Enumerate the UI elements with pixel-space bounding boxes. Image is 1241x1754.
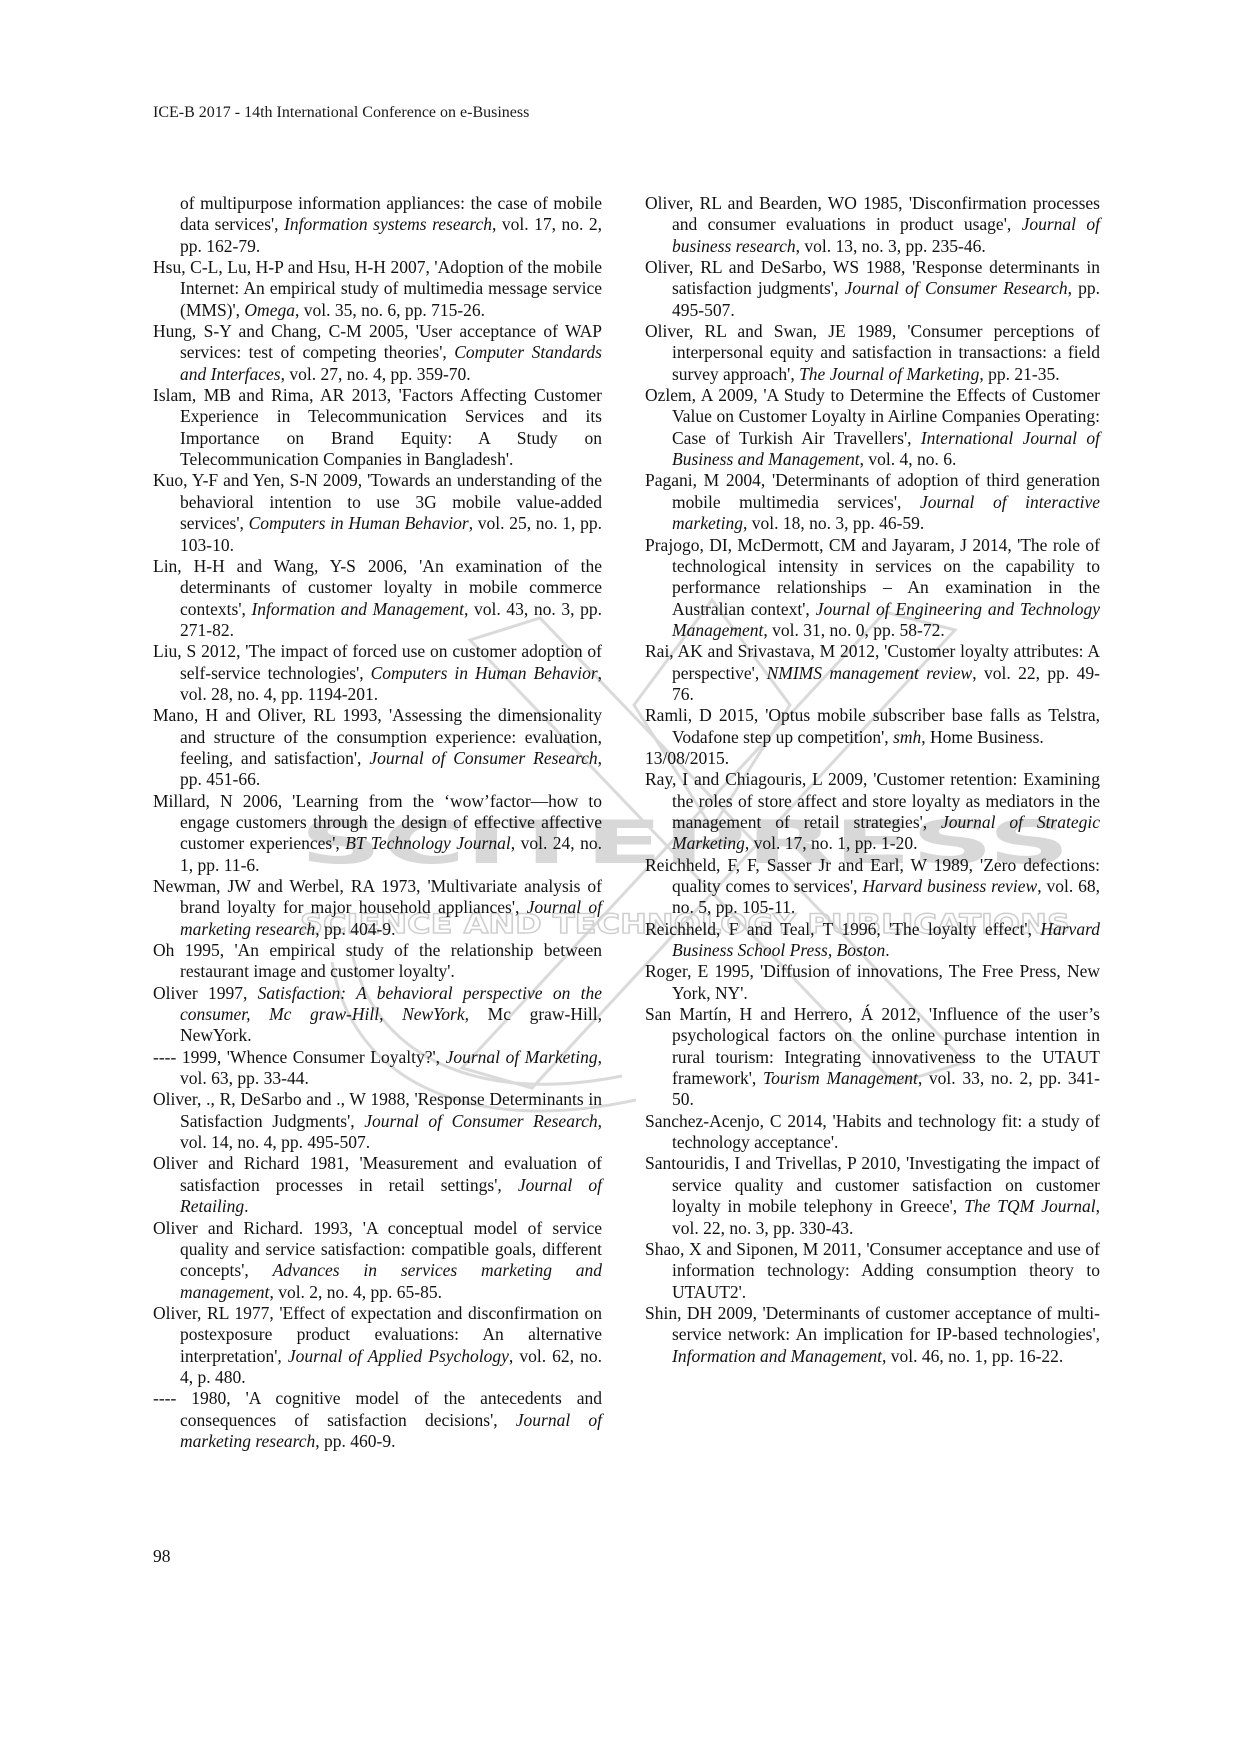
reference-entry: Kuo, Y-F and Yen, S-N 2009, 'Towards an … xyxy=(153,470,602,555)
reference-entry: Rai, AK and Srivastava, M 2012, 'Custome… xyxy=(645,641,1100,705)
reference-entry: Oliver and Richard 1981, 'Measurement an… xyxy=(153,1153,602,1217)
reference-text: Islam, MB and Rima, AR 2013, 'Factors Af… xyxy=(153,385,602,469)
reference-entry: Oliver 1997, Satisfaction: A behavioral … xyxy=(153,983,602,1047)
journal-title: Computers in Human Behavior xyxy=(249,513,469,533)
reference-entry: Ramli, D 2015, 'Optus mobile subscriber … xyxy=(645,705,1100,748)
references-column-right: Oliver, RL and Bearden, WO 1985, 'Discon… xyxy=(645,193,1100,1367)
reference-entry: ---- 1999, 'Whence Consumer Loyalty?', J… xyxy=(153,1047,602,1090)
reference-entry: Shin, DH 2009, 'Determinants of customer… xyxy=(645,1303,1100,1367)
reference-text: , pp. 460-9. xyxy=(315,1431,395,1451)
journal-title: Information and Management xyxy=(251,599,463,619)
reference-entry: Hung, S-Y and Chang, C-M 2005, 'User acc… xyxy=(153,321,602,385)
reference-text: , vol. 13, no. 3, pp. 235-46. xyxy=(796,236,986,256)
reference-text: Sanchez-Acenjo, C 2014, 'Habits and tech… xyxy=(645,1111,1100,1152)
reference-entry: Hsu, C-L, Lu, H-P and Hsu, H-H 2007, 'Ad… xyxy=(153,257,602,321)
journal-title: Omega xyxy=(244,300,295,320)
reference-text: , vol. 4, no. 6. xyxy=(860,449,957,469)
reference-entry: Ray, I and Chiagouris, L 2009, 'Customer… xyxy=(645,769,1100,854)
reference-text: ---- 1999, 'Whence Consumer Loyalty?', xyxy=(153,1047,446,1067)
reference-entry: Pagani, M 2004, 'Determinants of adoptio… xyxy=(645,470,1100,534)
reference-entry: Reichheld, F, F, Sasser Jr and Earl, W 1… xyxy=(645,855,1100,919)
reference-text: Reichheld, F and Teal, T 1996, 'The loya… xyxy=(645,919,1040,939)
journal-title: Journal of Marketing xyxy=(446,1047,598,1067)
reference-text: . xyxy=(885,940,889,960)
page-number: 98 xyxy=(153,1546,171,1567)
journal-title: The Journal of Marketing xyxy=(799,364,979,384)
journal-title: Information and Management xyxy=(672,1346,882,1366)
reference-entry: Prajogo, DI, McDermott, CM and Jayaram, … xyxy=(645,535,1100,642)
reference-text: , vol. 31, no. 0, pp. 58-72. xyxy=(763,620,944,640)
reference-entry: Oliver, RL and Bearden, WO 1985, 'Discon… xyxy=(645,193,1100,257)
reference-entry: Newman, JW and Werbel, RA 1973, 'Multiva… xyxy=(153,876,602,940)
journal-title: Journal of Consumer Research xyxy=(845,278,1068,298)
reference-text: Oh 1995, 'An empirical study of the rela… xyxy=(153,940,602,981)
references-column-left: of multipurpose information appliances: … xyxy=(153,193,602,1452)
reference-text: Roger, E 1995, 'Diffusion of innovations… xyxy=(645,961,1100,1002)
reference-entry: Liu, S 2012, 'The impact of forced use o… xyxy=(153,641,602,705)
journal-title: Computers in Human Behavior xyxy=(371,663,598,683)
reference-text: 13/08/2015. xyxy=(645,748,729,768)
reference-entry: Millard, N 2006, 'Learning from the ‘wow… xyxy=(153,791,602,876)
journal-title: BT Technology Journal xyxy=(345,833,511,853)
reference-entry: Sanchez-Acenjo, C 2014, 'Habits and tech… xyxy=(645,1111,1100,1154)
journal-title: Journal of Applied Psychology xyxy=(288,1346,509,1366)
reference-entry: Roger, E 1995, 'Diffusion of innovations… xyxy=(645,961,1100,1004)
reference-text: , vol. 46, no. 1, pp. 16-22. xyxy=(882,1346,1063,1366)
reference-entry: Oliver, RL 1977, 'Effect of expectation … xyxy=(153,1303,602,1388)
reference-entry: Oliver, ., R, DeSarbo and ., W 1988, 'Re… xyxy=(153,1089,602,1153)
reference-text: . xyxy=(244,1196,248,1216)
reference-text: , Home Business. xyxy=(921,727,1044,747)
journal-title: Harvard business review xyxy=(862,876,1037,896)
reference-entry: Santouridis, I and Trivellas, P 2010, 'I… xyxy=(645,1153,1100,1238)
reference-entry: Oliver and Richard. 1993, 'A conceptual … xyxy=(153,1218,602,1303)
reference-text: , vol. 27, no. 4, pp. 359-70. xyxy=(281,364,471,384)
reference-entry: Ozlem, A 2009, 'A Study to Determine the… xyxy=(645,385,1100,470)
journal-title: Journal of Consumer Research xyxy=(369,748,597,768)
reference-entry: Islam, MB and Rima, AR 2013, 'Factors Af… xyxy=(153,385,602,470)
reference-text: , pp. 404-9. xyxy=(315,919,395,939)
journal-title: Journal of Consumer Research xyxy=(364,1111,597,1131)
paper-page: SCITEPRESS SCIENCE AND TECHNOLOGY PUBLIC… xyxy=(0,0,1241,1754)
reference-text: Shin, DH 2009, 'Determinants of customer… xyxy=(645,1303,1100,1344)
reference-entry: Shao, X and Siponen, M 2011, 'Consumer a… xyxy=(645,1239,1100,1303)
reference-text: , vol. 35, no. 6, pp. 715-26. xyxy=(295,300,485,320)
reference-entry: of multipurpose information appliances: … xyxy=(153,193,602,257)
journal-title: Information systems research xyxy=(284,214,492,234)
reference-entry: Lin, H-H and Wang, Y-S 2006, 'An examina… xyxy=(153,556,602,641)
reference-entry: 13/08/2015. xyxy=(645,748,1100,769)
journal-title: smh xyxy=(893,727,921,747)
reference-text: Oliver 1997, xyxy=(153,983,258,1003)
running-header: ICE-B 2017 - 14th International Conferen… xyxy=(153,103,529,123)
reference-entry: Oliver, RL and DeSarbo, WS 1988, 'Respon… xyxy=(645,257,1100,321)
journal-title: The TQM Journal xyxy=(964,1196,1096,1216)
reference-text: , vol. 18, no. 3, pp. 46-59. xyxy=(743,513,924,533)
reference-entry: ---- 1980, 'A cognitive model of the ant… xyxy=(153,1388,602,1452)
journal-title: NMIMS management review xyxy=(767,663,973,683)
journal-title: Tourism Management xyxy=(763,1068,918,1088)
reference-text: Shao, X and Siponen, M 2011, 'Consumer a… xyxy=(645,1239,1100,1302)
reference-text: , pp. 21-35. xyxy=(979,364,1059,384)
reference-entry: Oliver, RL and Swan, JE 1989, 'Consumer … xyxy=(645,321,1100,385)
reference-entry: Oh 1995, 'An empirical study of the rela… xyxy=(153,940,602,983)
reference-text: , vol. 17, no. 1, pp. 1-20. xyxy=(745,833,918,853)
reference-entry: Reichheld, F and Teal, T 1996, 'The loya… xyxy=(645,919,1100,962)
reference-text: , vol. 2, no. 4, pp. 65-85. xyxy=(269,1282,442,1302)
reference-entry: Mano, H and Oliver, RL 1993, 'Assessing … xyxy=(153,705,602,790)
reference-entry: San Martín, H and Herrero, Á 2012, 'Infl… xyxy=(645,1004,1100,1111)
